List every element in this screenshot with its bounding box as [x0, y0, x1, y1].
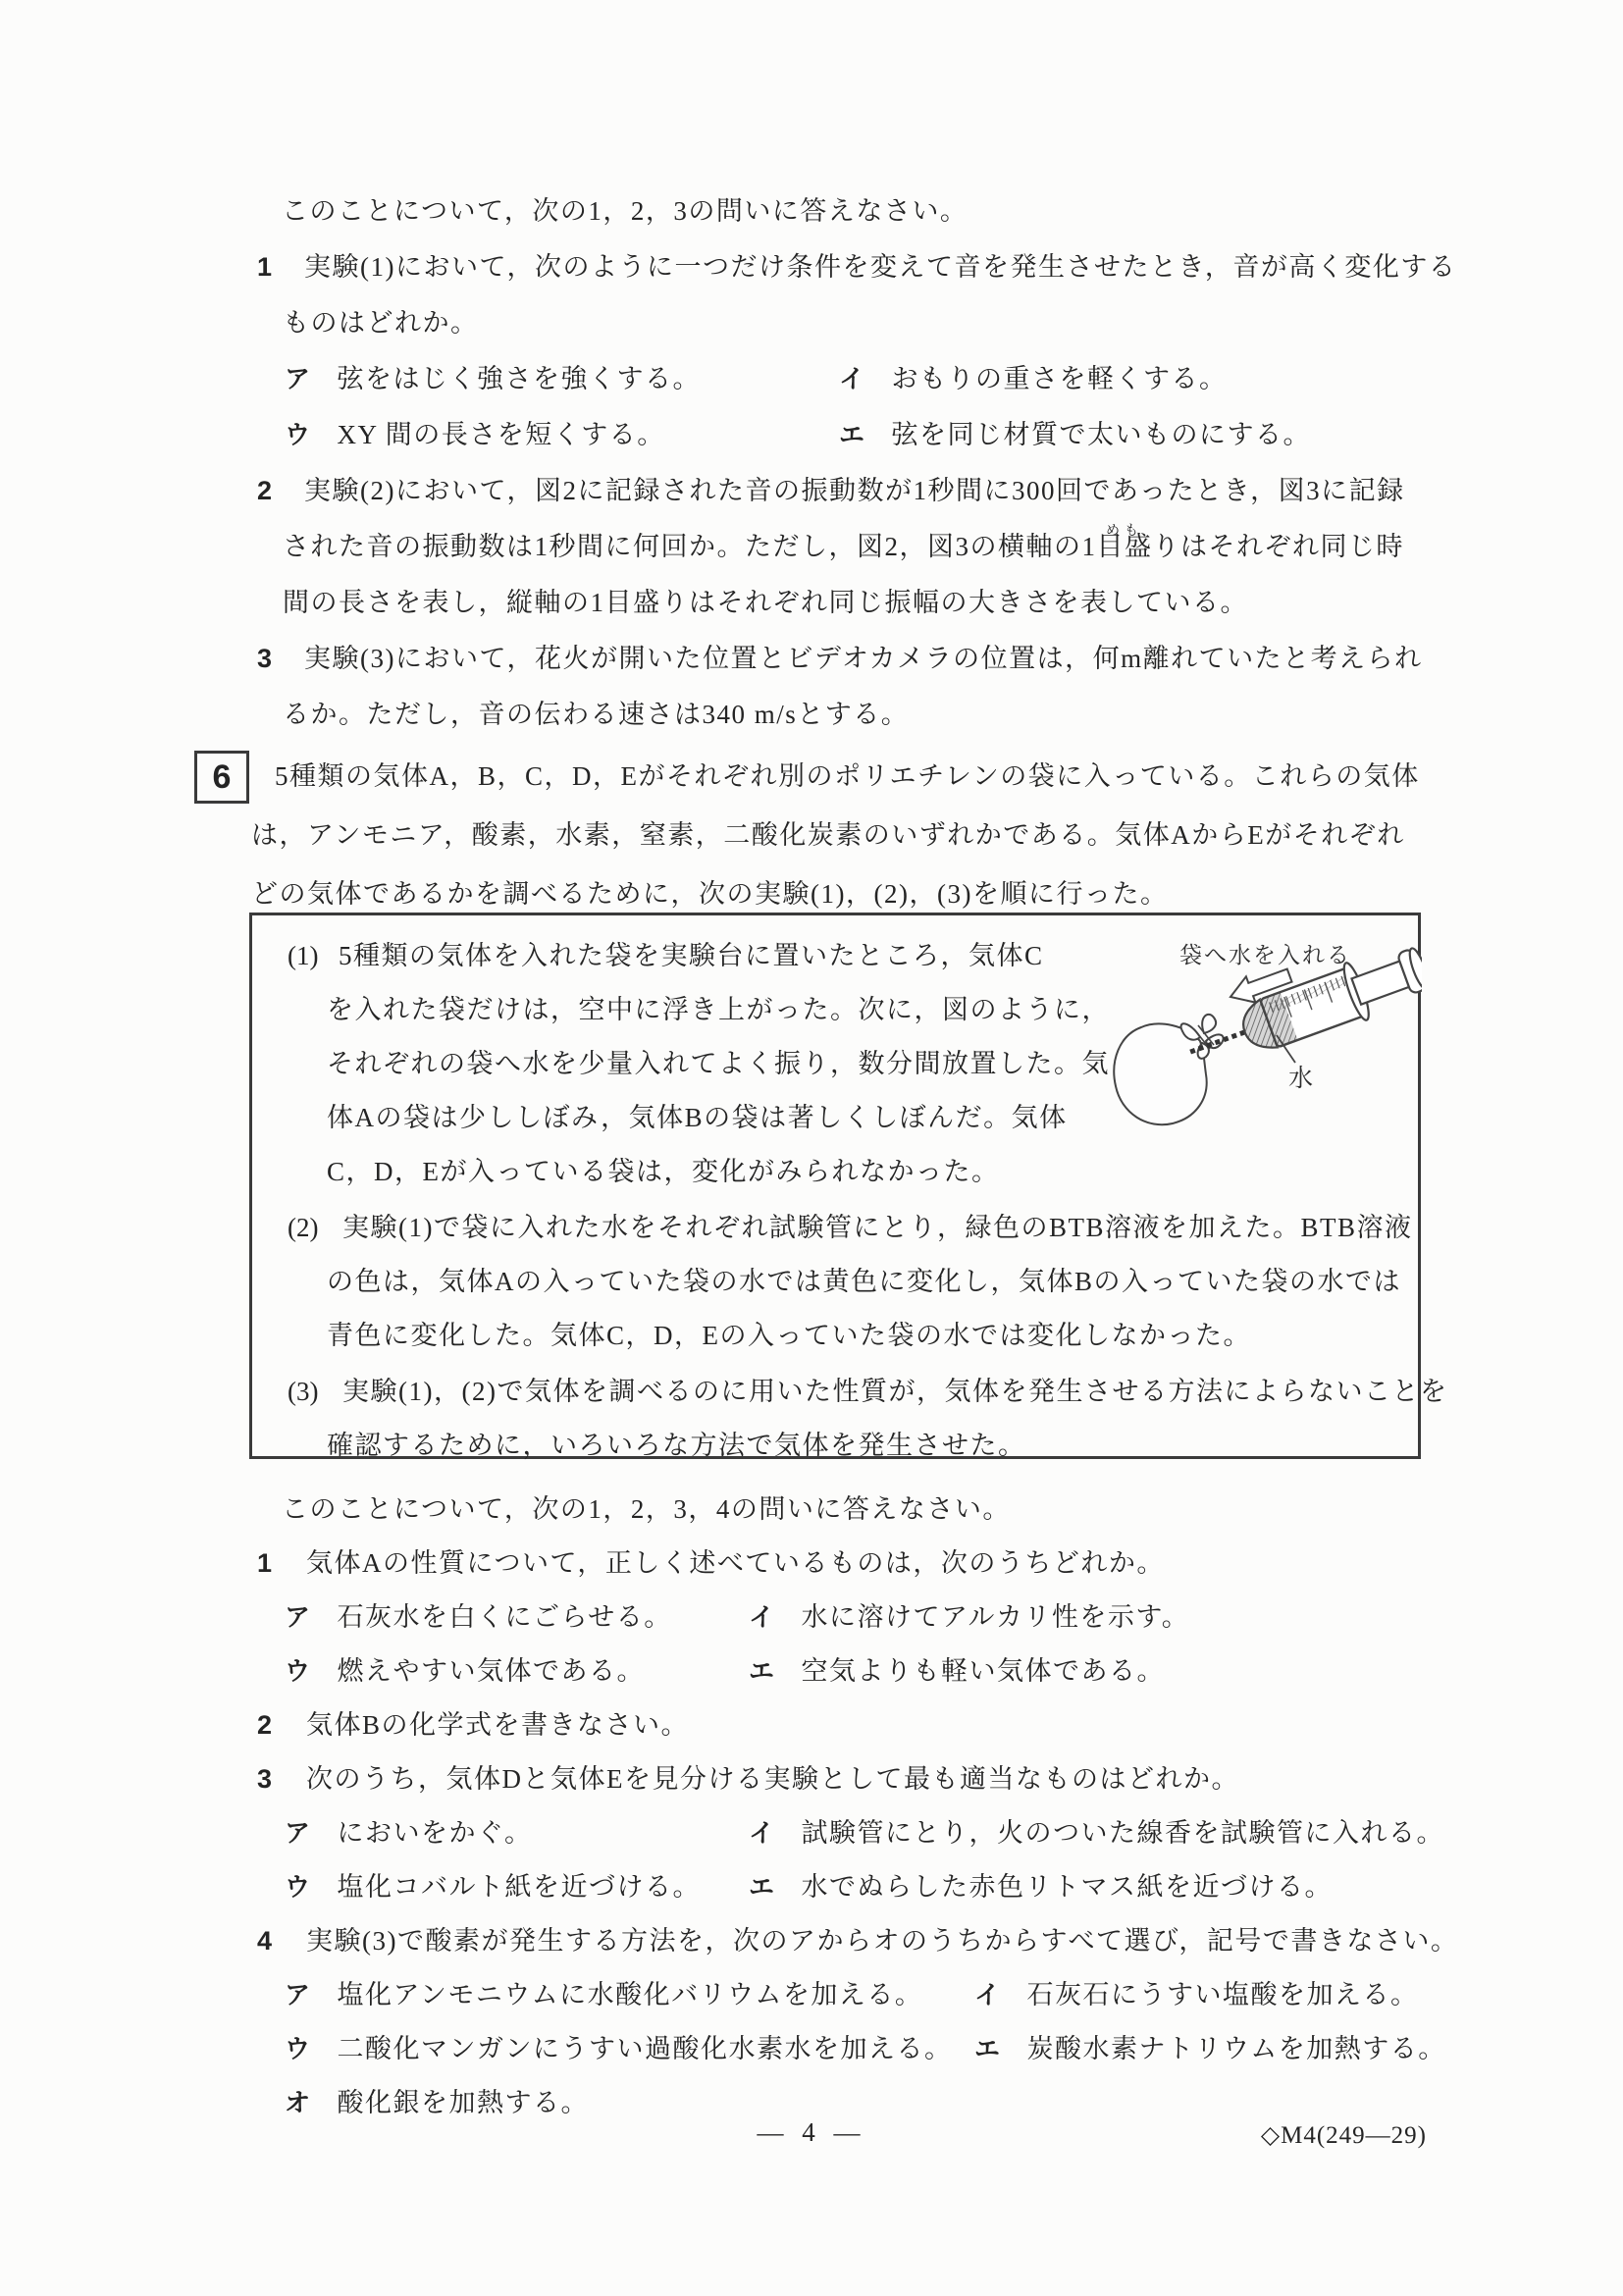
exp2-label: (2)	[288, 1210, 318, 1245]
gas-q1-option-e: エ空気よりも軽い気体である。	[749, 1653, 1165, 1689]
sound-q1-number: 1	[257, 249, 274, 285]
exp1-line: それぞれの袋へ水を少量入れてよく振り，数分間放置した。気	[327, 1046, 1110, 1081]
sound-q1-option-e: エ弦を同じ材質で太いものにする。	[839, 417, 1311, 452]
option-marker: イ	[749, 1602, 776, 1632]
furigana-memori: めも	[1106, 514, 1143, 549]
gas-q2-stem: 気体Bの化学式を書きなさい。	[306, 1707, 689, 1743]
exp1-line: 体Aの袋は少ししぼみ，気体Bの袋は著しくしぼんだ。気体	[327, 1100, 1068, 1135]
gas-q2-number: 2	[257, 1707, 274, 1743]
option-text: 酸化銀を加熱する。	[338, 2088, 590, 2117]
option-text: 石灰石にうすい塩酸を加える。	[1027, 1980, 1419, 2009]
option-marker: イ	[839, 364, 866, 393]
sound-q2-line: 間の長さを表し，縦軸の1目盛りはそれぞれ同じ振幅の大きさを表している。	[283, 585, 1248, 620]
exp1-label: (1)	[288, 938, 318, 973]
gas-q1-option-i: イ水に溶けてアルカリ性を示す。	[749, 1599, 1189, 1635]
sound-q2-line: 実験(2)において，図2に記録された音の振動数が1秒間に300回であったとき，図…	[304, 473, 1405, 508]
water-label: 水	[1288, 1065, 1313, 1092]
gas-lead-line: は，アンモニア，酸素，水素，窒素，二酸化炭素のいずれかである。気体AからEがそれ…	[251, 817, 1405, 853]
sound-q1-option-i: イおもりの重さを軽くする。	[839, 361, 1228, 396]
gas-q4-option-a: ア塩化アンモニウムに水酸化バリウムを加える。	[285, 1977, 922, 2012]
gas-q1-option-u: ウ燃えやすい気体である。	[285, 1653, 645, 1689]
exp3-label: (3)	[288, 1374, 318, 1409]
sound-q1-option-u: ウXY 間の長さを短くする。	[285, 417, 665, 452]
option-marker: エ	[839, 420, 866, 449]
gas-lead-line: どの気体であるかを調べるために，次の実験(1)，(2)，(3)を順に行った。	[251, 876, 1168, 912]
option-text: においをかぐ。	[338, 1818, 533, 1848]
polyethylene-bag	[1114, 1015, 1223, 1124]
option-marker: エ	[749, 1872, 776, 1902]
sound-q3-line: 実験(3)において，花火が開いた位置とビデオカメラの位置は，何m離れていたと考え…	[304, 641, 1423, 676]
ruby-wrap: めも目盛	[1097, 529, 1153, 564]
option-marker: ウ	[285, 2034, 312, 2063]
option-text: 試験管にとり，火のついた線香を試験管に入れる。	[802, 1818, 1445, 1848]
gas-q4-option-o: オ酸化銀を加熱する。	[285, 2085, 589, 2120]
option-marker: ウ	[285, 1656, 312, 1686]
exp2-line: 実験(1)で袋に入れた水をそれぞれ試験管にとり，緑色のBTB溶液を加えた。BTB…	[342, 1210, 1413, 1245]
option-marker: ア	[285, 364, 312, 393]
option-text: XY 間の長さを短くする。	[338, 420, 665, 449]
sound-intro-note: このことについて，次の1，2，3の問いに答えなさい。	[282, 193, 968, 229]
option-text: 石灰水を白くにごらせる。	[338, 1602, 672, 1632]
gas-q4-option-u: ウ二酸化マンガンにうすい過酸化水素水を加える。	[285, 2031, 953, 2066]
section-number-box: 6	[194, 751, 249, 804]
option-text: 水に溶けてアルカリ性を示す。	[802, 1602, 1190, 1632]
option-text: 弦をはじく強さを強くする。	[338, 364, 702, 393]
exp2-line: の色は，気体Aの入っていた袋の水では黄色に変化し，気体Bの入っていた袋の水では	[327, 1264, 1401, 1299]
gas-q4-number: 4	[257, 1923, 274, 1958]
gas-q3-option-e: エ水でぬらした赤色リトマス紙を近づける。	[749, 1869, 1333, 1905]
option-marker: イ	[749, 1818, 776, 1848]
gas-intro-note: このことについて，次の1，2，3，4の問いに答えなさい。	[282, 1491, 1011, 1527]
exp3-line: 実験(1)，(2)で気体を調べるのに用いた性質が，気体を発生させる方法によらない…	[342, 1374, 1447, 1409]
option-text: おもりの重さを軽くする。	[892, 364, 1228, 393]
syringe-figure-svg: 袋へ水を入れる	[1096, 923, 1422, 1171]
option-text: 塩化アンモニウムに水酸化バリウムを加える。	[338, 1980, 923, 2009]
gas-q4-option-i: イ石灰石にうすい塩酸を加える。	[974, 1977, 1419, 2012]
gas-q3-option-u: ウ塩化コバルト紙を近づける。	[285, 1869, 701, 1905]
option-marker: オ	[285, 2088, 312, 2117]
gas-q3-number: 3	[257, 1761, 274, 1797]
option-text: 炭酸水素ナトリウムを加熱する。	[1027, 2034, 1446, 2063]
sound-q3-line: るか。ただし，音の伝わる速さは340 m/sとする。	[283, 697, 909, 732]
option-marker: ウ	[285, 1872, 312, 1902]
option-text: 塩化コバルト紙を近づける。	[338, 1872, 702, 1902]
gas-q3-stem: 次のうち，気体Dと気体Eを見分ける実験として最も適当なものはどれか。	[306, 1761, 1239, 1797]
gas-q4-option-e: エ炭酸水素ナトリウムを加熱する。	[974, 2031, 1446, 2066]
gas-q4-stem: 実験(3)で酸素が発生する方法を，次のアからオのうちからすべて選び，記号で書きな…	[306, 1923, 1458, 1958]
option-marker: イ	[974, 1980, 1002, 2009]
option-text: 空気よりも軽い気体である。	[802, 1656, 1166, 1686]
option-text: 水でぬらした赤色リトマス紙を近づける。	[802, 1872, 1334, 1902]
exp3-line: 確認するために，いろいろな方法で気体を発生させた。	[327, 1428, 1026, 1463]
document-code: ◇M4(249—29)	[1261, 2120, 1427, 2150]
gas-q1-stem: 気体Aの性質について，正しく述べているものは，次のうちどれか。	[306, 1545, 1165, 1581]
sound-q1-line: 実験(1)において，次のように一つだけ条件を変えて音を発生させたとき，音が高く変…	[304, 249, 1456, 285]
line-text: りはそれぞれ同じ時	[1153, 532, 1405, 561]
sound-q1-option-a: ア弦をはじく強さを強くする。	[285, 361, 701, 396]
sound-q1-line: ものはどれか。	[283, 305, 479, 340]
exp1-line: を入れた袋だけは，空中に浮き上がった。次に，図のように，	[327, 992, 1110, 1027]
option-text: 二酸化マンガンにうすい過酸化水素水を加える。	[338, 2034, 953, 2063]
plunger-rod	[1351, 962, 1408, 1005]
gas-q3-option-i: イ試験管にとり，火のついた線香を試験管に入れる。	[749, 1815, 1444, 1851]
option-text: 燃えやすい気体である。	[338, 1656, 646, 1686]
option-marker: ア	[285, 1980, 312, 2009]
option-marker: エ	[974, 2034, 1002, 2063]
option-marker: エ	[749, 1656, 776, 1686]
experiment-box: (1) 5種類の気体を入れた袋を実験台に置いたところ，気体C を入れた袋だけは，…	[249, 913, 1421, 1459]
exam-page: このことについて，次の1，2，3の問いに答えなさい。 1 実験(1)において，次…	[0, 0, 1623, 2296]
gas-q1-option-a: ア石灰水を白くにごらせる。	[285, 1599, 672, 1635]
bag-syringe-figure: 袋へ水を入れる	[1096, 923, 1422, 1171]
exp2-line: 青色に変化した。気体C，D，Eの入っていた袋の水では変化しなかった。	[327, 1318, 1251, 1353]
sound-q2-number: 2	[257, 473, 274, 508]
sound-q2-line: された音の振動数は1秒間に何回か。ただし，図2，図3の横軸の1めも目盛りはそれぞ…	[283, 529, 1404, 564]
gas-q1-number: 1	[257, 1545, 274, 1581]
option-text: 弦を同じ材質で太いものにする。	[892, 420, 1312, 449]
gas-q3-option-a: アにおいをかぐ。	[285, 1815, 532, 1851]
exp1-line: C，D，Eが入っている袋は，変化がみられなかった。	[327, 1154, 1000, 1189]
line-text: された音の振動数は1秒間に何回か。ただし，図2，図3の横軸の1	[283, 532, 1097, 561]
option-marker: ア	[285, 1602, 312, 1632]
option-marker: ウ	[285, 420, 312, 449]
option-marker: ア	[285, 1818, 312, 1848]
gas-lead-line: 5種類の気体A，B，C，D，Eがそれぞれ別のポリエチレンの袋に入っている。これら…	[275, 758, 1420, 794]
figure-caption: 袋へ水を入れる	[1179, 943, 1351, 967]
exp1-line: 5種類の気体を入れた袋を実験台に置いたところ，気体C	[339, 938, 1044, 973]
sound-q3-number: 3	[257, 641, 274, 676]
